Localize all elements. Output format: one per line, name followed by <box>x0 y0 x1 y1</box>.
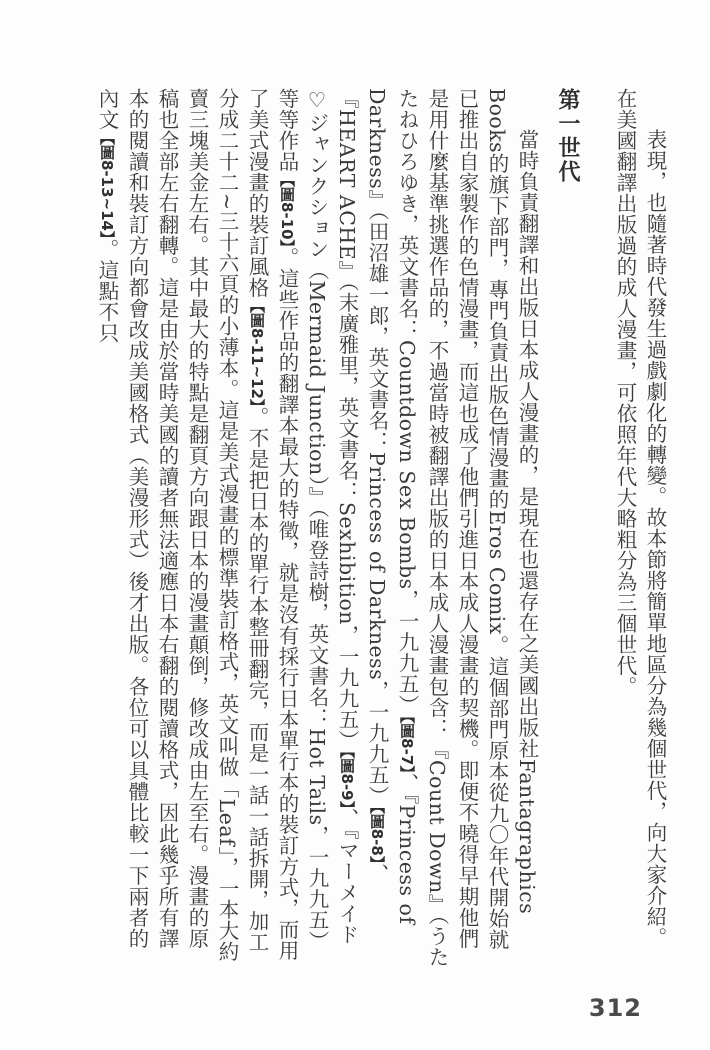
figure-reference: 【圖8-7】 <box>398 716 416 773</box>
figure-reference: 【圖8-9】 <box>338 751 356 808</box>
body-paragraph: 當時負責翻譯和出版日本成人漫畫的，是現在也還存在之美國出版社Fantagraph… <box>92 88 542 968</box>
intro-paragraph: 表現，也隨著時代發生過戲劇化的轉變。故本節將簡單地區分為幾個世代，向大家介紹。在… <box>610 88 670 968</box>
body-text: 。不是把日本的單行本整冊翻完，而是一話一話拆開，加工分成二十二~三十六頁的小薄本… <box>95 88 269 962</box>
figure-reference: 【圖8-11~12】 <box>248 298 266 406</box>
figure-reference: 【圖8-13~14】 <box>98 130 116 238</box>
vertical-text-body: 表現，也隨著時代發生過戲劇化的轉變。故本節將簡單地區分為幾個世代，向大家介紹。在… <box>92 88 670 968</box>
page-number: 312 <box>589 994 642 1022</box>
section-heading: 第一世代 <box>552 88 582 968</box>
figure-reference: 【圖8-8】 <box>368 806 386 863</box>
figure-reference: 【圖8-10】 <box>278 172 296 247</box>
book-page: 表現，也隨著時代發生過戲劇化的轉變。故本節將簡單地區分為幾個世代，向大家介紹。在… <box>0 0 710 1050</box>
body-text: 。這點不只 <box>95 238 119 343</box>
